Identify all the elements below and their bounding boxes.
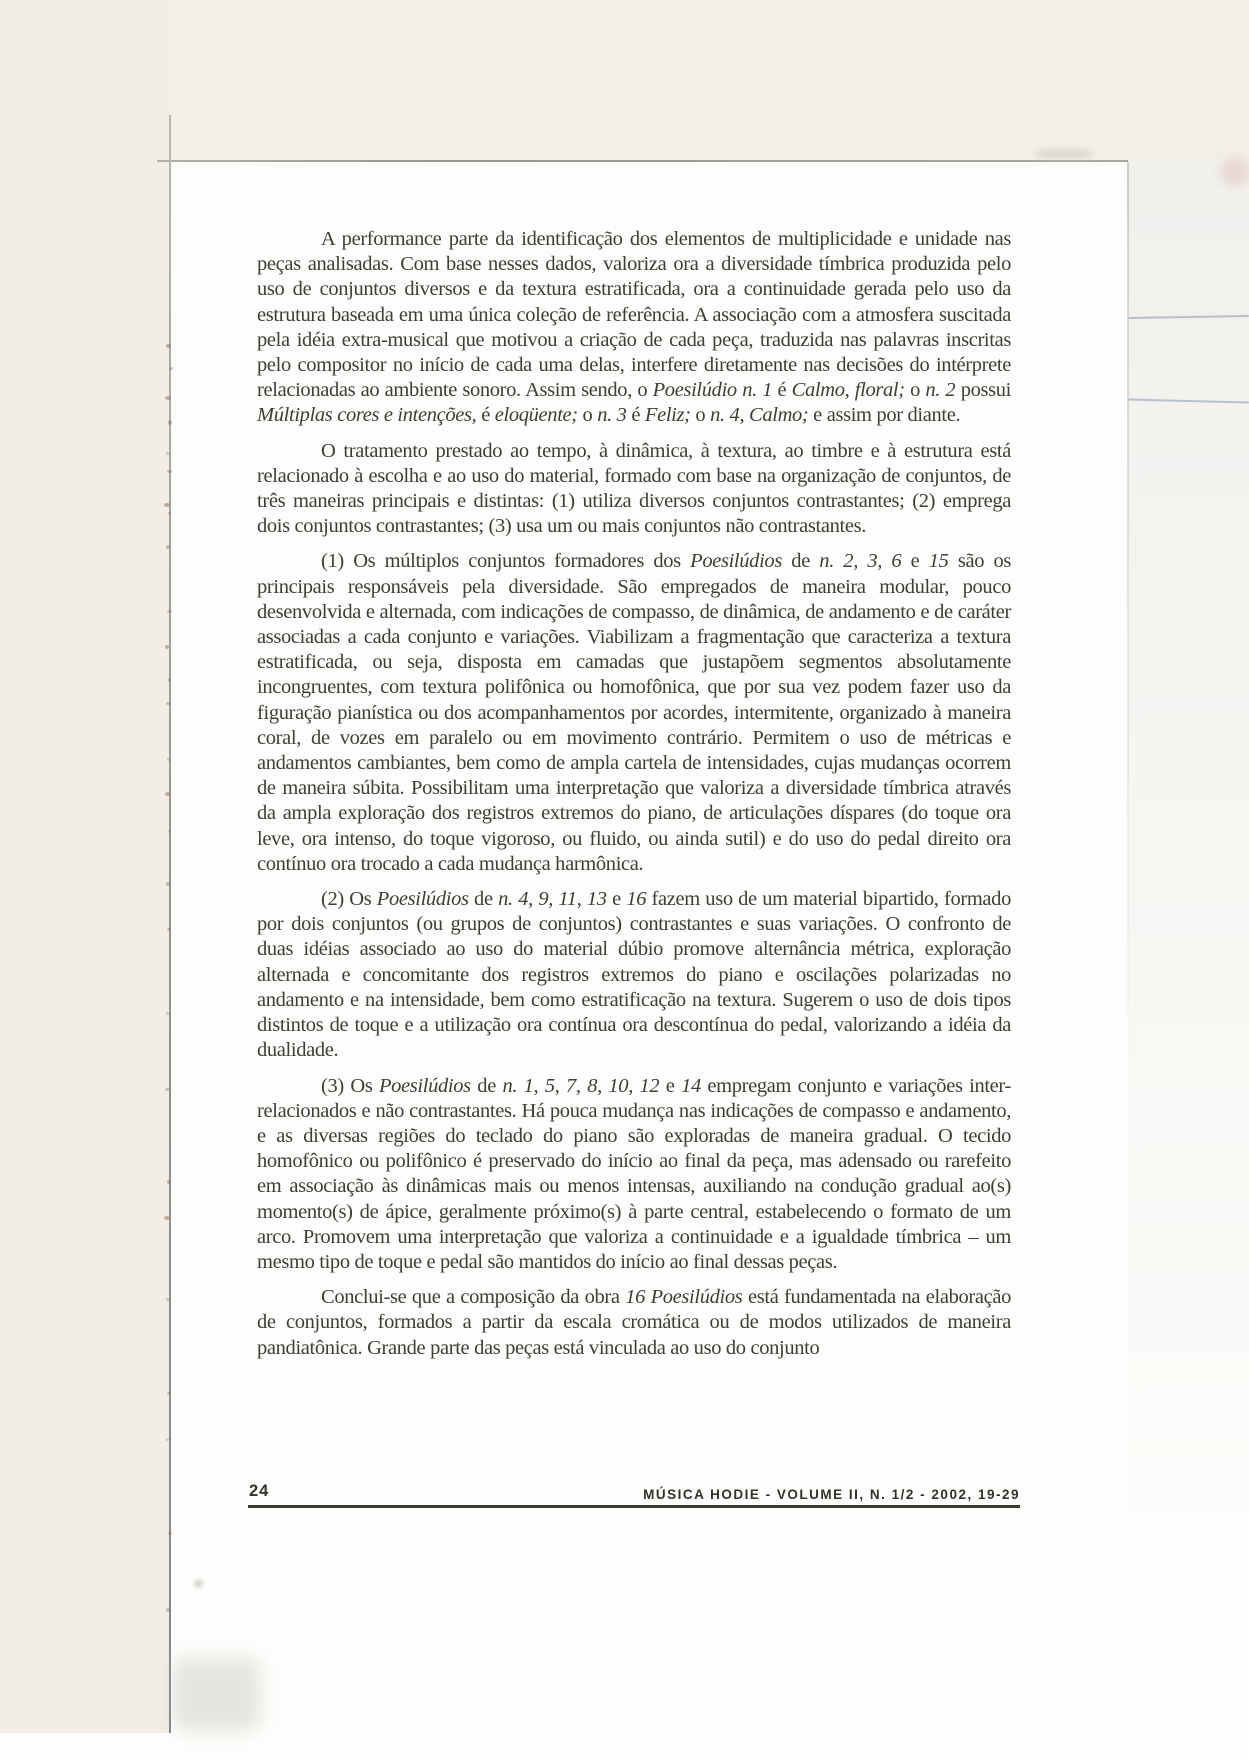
text-run: Poesilúdios <box>377 888 469 910</box>
text-run: n. 4 <box>710 404 739 426</box>
scanned-journal-page: { "page": { "colors": { "ink": "#403c38"… <box>0 0 1249 1761</box>
text-run: de <box>471 1075 503 1097</box>
text-run: n. 3 <box>597 404 626 426</box>
footer-rule <box>248 1505 1020 1508</box>
text-run: eloqüente; <box>495 404 578 426</box>
scan-margin-top <box>170 0 1249 161</box>
text-run: Poesilúdios <box>690 550 782 572</box>
page-number: 24 <box>249 1482 269 1501</box>
text-run: é <box>476 404 494 426</box>
text-run: n. 4, 9, 11, 13 <box>498 888 607 910</box>
text-run: (3) Os <box>321 1075 379 1097</box>
text-run: de <box>782 550 819 572</box>
text-run: e <box>901 550 928 572</box>
scan-underlying-sheet <box>1128 161 1249 1511</box>
text-run: , <box>739 404 749 426</box>
page-edge-left-line <box>169 115 171 1733</box>
paragraph: A performance parte da identificação dos… <box>257 227 1011 429</box>
scan-margin-left <box>0 0 170 1733</box>
text-run: (1) Os múltiplos conjuntos formadores do… <box>321 550 690 572</box>
text-run: A performance parte da identificação dos… <box>257 228 1011 401</box>
text-run: 14 <box>681 1075 701 1097</box>
text-run: Calmo, floral; <box>792 379 905 401</box>
text-run: Calmo; <box>749 404 808 426</box>
text-run: de <box>469 888 499 910</box>
text-run: fazem uso de um material bipartido, form… <box>257 888 1011 1061</box>
paragraph: Conclui-se que a composição da obra 16 P… <box>257 1285 1011 1361</box>
page-edge-right-line <box>1127 162 1129 1112</box>
text-run: Múltiplas cores e intenções, <box>257 404 476 426</box>
text-run: (2) Os <box>321 888 377 910</box>
text-run: o <box>905 379 926 401</box>
scan-smudge <box>172 1658 260 1730</box>
text-run: n. 2, 3, 6 <box>819 550 901 572</box>
text-run: e assim por diante. <box>808 404 960 426</box>
text-run: e <box>607 888 627 910</box>
paragraph: (3) Os Poesilúdios de n. 1, 5, 7, 8, 10,… <box>257 1074 1011 1276</box>
text-run: 15 <box>929 550 949 572</box>
text-run: 16 Poesilúdios <box>625 1286 742 1308</box>
text-run: e <box>659 1075 681 1097</box>
text-run: são os principais responsáveis pela dive… <box>257 550 1011 874</box>
article-body-text: A performance parte da identificação dos… <box>257 227 1011 1371</box>
text-run: Poesilúdios <box>379 1075 471 1097</box>
text-run: o <box>691 404 710 426</box>
scan-smudge <box>194 1580 203 1587</box>
text-run: possui <box>955 379 1011 401</box>
text-run: Poesilúdio n. 1 <box>653 379 773 401</box>
paragraph: (1) Os múltiplos conjuntos formadores do… <box>257 549 1011 877</box>
journal-footer-line: MÚSICA HODIE - VOLUME II, N. 1/2 - 2002,… <box>500 1487 1020 1502</box>
text-run: é <box>627 404 645 426</box>
text-run: o <box>578 404 597 426</box>
text-run: Feliz; <box>645 404 691 426</box>
text-run: empregam conjunto e variações inter-rela… <box>257 1075 1011 1273</box>
paragraph: (2) Os Poesilúdios de n. 4, 9, 11, 13 e … <box>257 887 1011 1063</box>
paragraph: O tratamento prestado ao tempo, à dinâmi… <box>257 439 1011 540</box>
text-run: é <box>772 379 792 401</box>
text-run: n. 1, 5, 7, 8, 10, 12 <box>502 1075 659 1097</box>
page-edge-top-line <box>157 160 1128 162</box>
text-run: O tratamento prestado ao tempo, à dinâmi… <box>257 440 1011 538</box>
text-run: 16 <box>626 888 646 910</box>
text-run: n. 2 <box>925 379 955 401</box>
text-run: Conclui-se que a composição da obra <box>321 1286 625 1308</box>
